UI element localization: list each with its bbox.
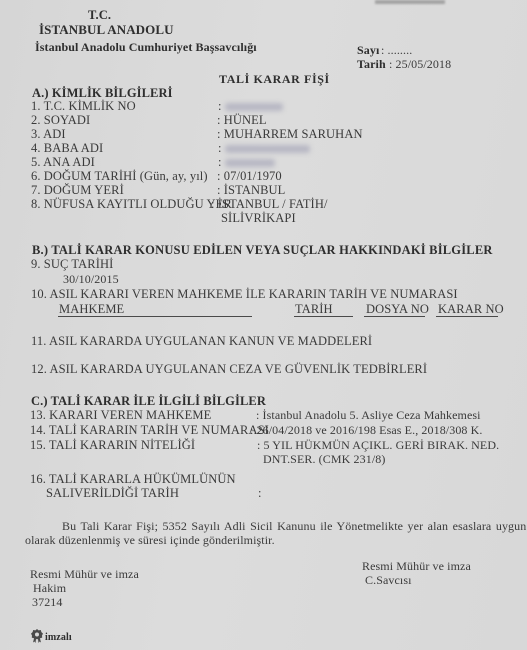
- row-15-value: : 5 YIL HÜKMÜN AÇIKL. GERİ BIRAK. NED.: [257, 438, 499, 452]
- row-5-label: 5. ANA ADI: [31, 155, 95, 169]
- row-3-label: 3. ADI: [31, 127, 66, 141]
- sayi-label: Sayı: [357, 43, 379, 57]
- row-3-value: : MUHARREM SARUHAN: [217, 127, 363, 141]
- item-16-label-line2: SALIVERİLDİĞİ TARİH: [46, 486, 179, 500]
- tarih-value: : 25/05/2018: [389, 57, 451, 71]
- tarih-underline: [294, 316, 353, 317]
- row-7-value: : İSTANBUL: [217, 183, 285, 197]
- column-mahkeme: MAHKEME: [59, 302, 124, 316]
- row-14-label: 14. TALİ KARARIN TARİH VE NUMARASI: [30, 423, 269, 437]
- item-11-label: 11. ASIL KARARDA UYGULANAN KANUN VE MADD…: [31, 334, 372, 348]
- redacted-mother-name: [225, 159, 275, 167]
- column-dosya-no: DOSYA NO: [366, 302, 429, 316]
- item-16-label-line1: 16. TALİ KARARLA HÜKÜMLÜNÜN: [30, 472, 236, 486]
- row-15-label: 15. TALİ KARARIN NİTELİĞİ: [30, 438, 195, 452]
- row-4-value: :: [218, 141, 310, 155]
- row-2-label: 2. SOYADI: [31, 113, 90, 127]
- header-tc: T.C.: [88, 8, 111, 22]
- seal-badge-icon: [31, 629, 43, 643]
- dosya-no-underline: [364, 316, 425, 317]
- row-6-value: : 07/01/1970: [217, 169, 282, 183]
- item-16-value: :: [258, 486, 262, 500]
- row-13-label: 13. KARARI VEREN MAHKEME: [30, 408, 211, 422]
- mahkeme-underline: [58, 316, 252, 317]
- item-9-label: 9. SUÇ TARİHİ: [31, 257, 113, 271]
- row-14-value: : 26/04/2018 ve 2016/198 Esas E., 2018/3…: [250, 423, 483, 437]
- item-12-label: 12. ASIL KARARDA UYGULANAN CEZA VE GÜVEN…: [31, 362, 427, 376]
- row-1-value: :: [218, 99, 283, 113]
- row-13-value: : İstanbul Anadolu 5. Asliye Ceza Mahkem…: [256, 408, 481, 422]
- header-region: İSTANBUL ANADOLU: [39, 23, 174, 37]
- section-a-heading: A.) KİMLİK BİLGİLERİ: [32, 86, 173, 100]
- row-1-label: 1. T.C. KİMLİK NO: [31, 99, 136, 113]
- statement-line1: Bu Tali Karar Fişi; 5352 Sayılı Adli Sic…: [62, 519, 526, 533]
- column-karar-no: KARAR NO: [438, 302, 504, 316]
- item-10-label: 10. ASIL KARARI VEREN MAHKEME İLE KARARI…: [31, 287, 458, 301]
- row-5-value: :: [218, 155, 275, 169]
- section-b-heading: B.) TALİ KARAR KONUSU EDİLEN VEYA SUÇLAR…: [32, 243, 493, 257]
- left-sign-line1: Resmi Mühür ve imza: [30, 567, 139, 581]
- top-edge-text-fragment: [375, 0, 445, 4]
- left-sign-title: Hakim: [33, 581, 66, 595]
- row-4-label: 4. BABA ADI: [31, 141, 103, 155]
- item-9-value: 30/10/2015: [63, 272, 119, 286]
- row-7-label: 7. DOĞUM YERİ: [31, 183, 124, 197]
- sayi-value: : ........: [381, 43, 412, 57]
- row-8-value-continuation: SİLİVRİKAPI: [221, 211, 296, 225]
- tarih-label: Tarih: [357, 57, 386, 71]
- left-sign-number: 37214: [32, 595, 63, 609]
- right-sign-line1: Resmi Mühür ve imza: [362, 559, 471, 573]
- header-office: İstanbul Anadolu Cumhuriyet Başsavcılığı: [35, 40, 257, 54]
- row-2-value: : HÜNEL: [217, 113, 267, 127]
- row-15-value-continuation: DNT.SER. (CMK 231/8): [263, 452, 385, 466]
- redacted-tc-no: [225, 103, 283, 111]
- row-8-value: : İSTANBUL / FATİH/: [211, 197, 328, 211]
- section-c-heading: C.) TALİ KARAR İLE İLGİLİ BİLGİLER: [31, 394, 266, 408]
- document-title: TALİ KARAR FİŞİ: [219, 72, 330, 86]
- row-8-label: 8. NÜFUSA KAYITLI OLDUĞU YER: [31, 197, 232, 211]
- row-6-label: 6. DOĞUM TARİHİ (Gün, ay, yıl): [31, 169, 208, 183]
- column-tarih: TARİH: [295, 302, 333, 316]
- signed-label: imzalı: [45, 631, 72, 645]
- karar-no-underline: [436, 316, 498, 317]
- statement-line2: olarak düzenlenmiş ve süresi içinde gönd…: [25, 533, 275, 547]
- right-sign-title: C.Savcısı: [365, 573, 412, 587]
- redacted-father-name: [225, 145, 310, 153]
